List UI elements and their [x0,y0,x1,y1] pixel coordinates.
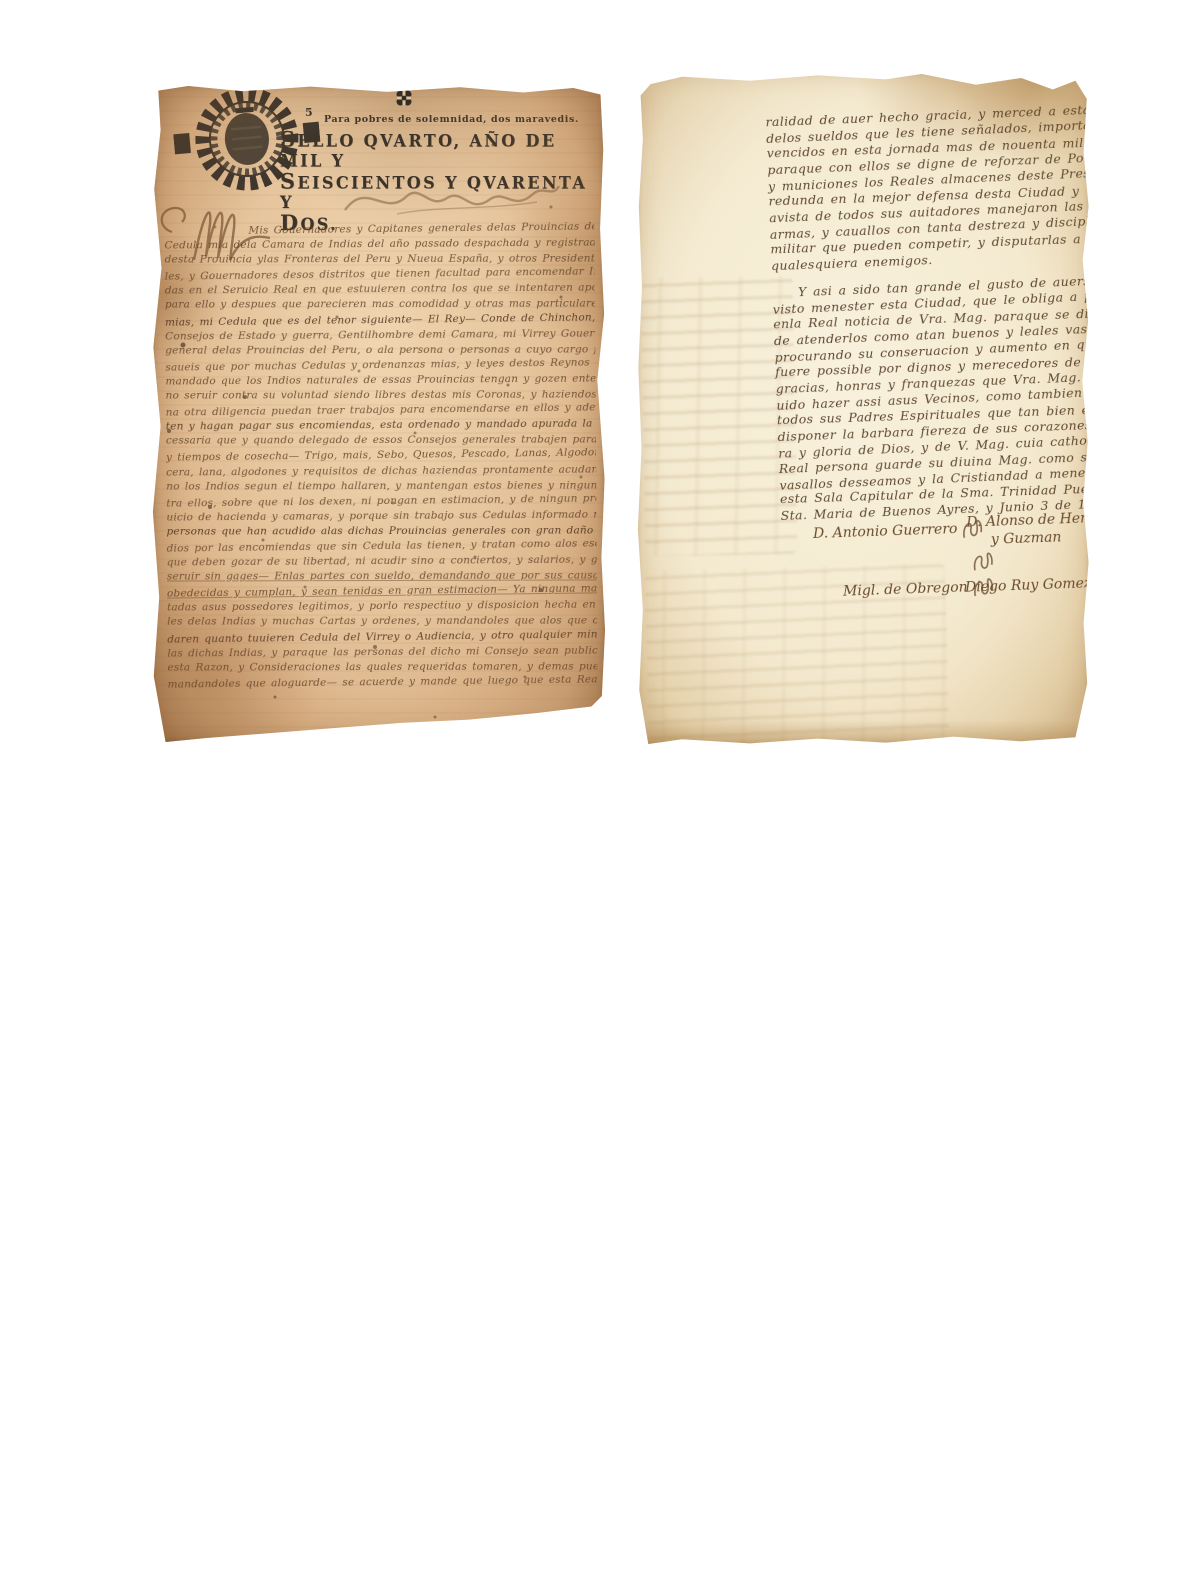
signature-name-line2: y Guzman [967,527,1089,548]
right-page: ralidad de auer hecho gracia, y merced a… [637,72,1089,744]
signature-name: Diego Ruy Gomez [965,575,1089,595]
rubric-flourish-icon [970,548,997,575]
left-page: 5 Para pobres de solemnidad, dos maraved… [152,84,605,742]
handwriting-line: cera, lana, algodones y requisitos de di… [166,462,596,480]
handwriting-line: Consejos de Estado y guerra, Gentilhombr… [165,326,595,344]
letter-paragraph-1: ralidad de auer hecho gracia, y merced a… [765,102,1089,274]
document-canvas: 5 Para pobres de solemnidad, dos maraved… [0,0,1196,1595]
ink-speckles [152,84,154,86]
handwriting-line: las dichas Indias, y paraque las persona… [167,643,597,661]
quatrefoil-mark [395,89,413,107]
letter-paragraph-2: Y asi a sido tan grande el gusto de auer… [772,273,1089,461]
signature-diego-ruy-gomez: Diego Ruy Gomez [965,569,1089,600]
royal-rubric-flourish [337,176,565,222]
manuscript-body: Mis Gouernadores y Capitanes generales d… [164,221,597,692]
signature-antonio-guerrero: D. Antonio Guerrero [813,515,987,547]
signature-name: D. Antonio Guerrero [813,521,958,542]
signature-name: Migl. de Obregon [843,579,968,599]
fee-mark: 5 [305,106,313,119]
fee-notice: Para pobres de solemnidad, dos maravedis… [324,114,604,125]
title-line: SELLO QVARTO, AÑO DE MIL Y [280,129,590,171]
signature-alonso-de-herrera: D. Alonso de Herrera y Guzman [966,509,1089,574]
letter-text-block: ralidad de auer hecho gracia, y merced a… [765,102,1089,523]
